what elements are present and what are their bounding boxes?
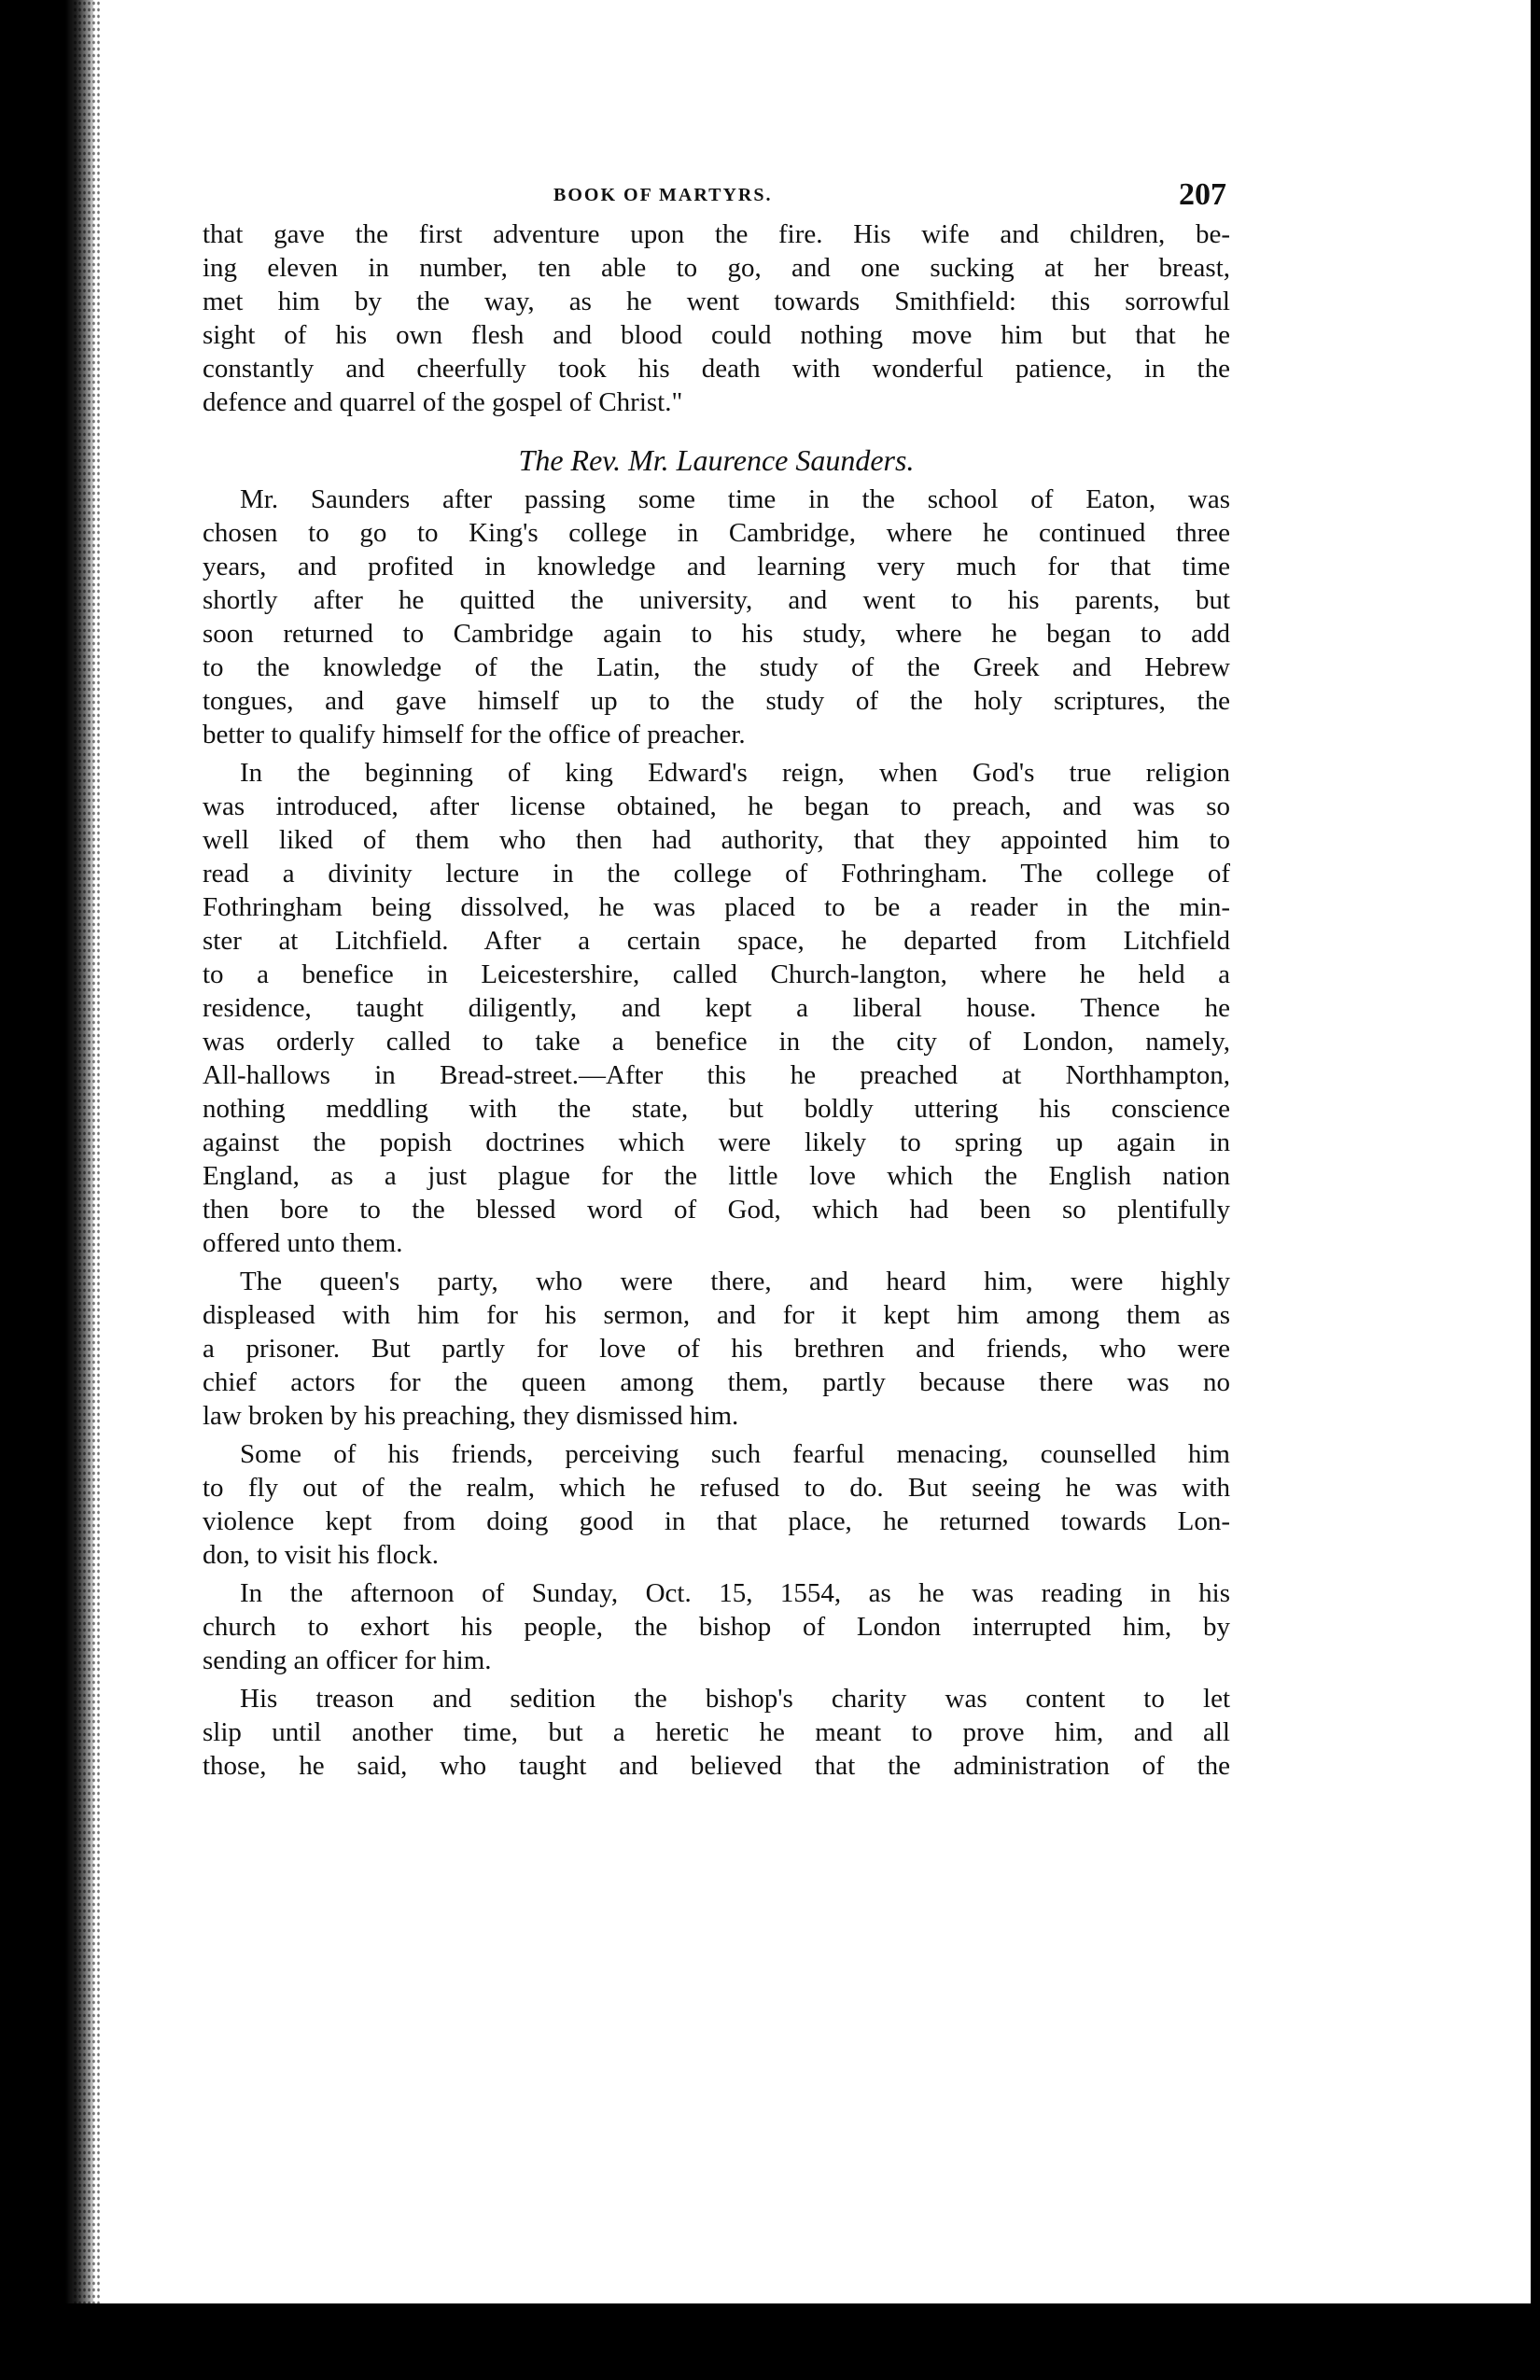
scanned-book-page: Book of Martyrs. 207 that gave the first… xyxy=(0,0,1540,2380)
text-line: The queen's party, who were there, and h… xyxy=(203,1265,1230,1298)
text-line: church to exhort his people, the bishop … xyxy=(203,1610,1230,1644)
page-number: 207 xyxy=(1179,177,1226,213)
right-page-edge xyxy=(1531,0,1540,2380)
section-heading: The Rev. Mr. Laurence Saunders. xyxy=(203,440,1230,481)
text-line: was orderly called to take a benefice in… xyxy=(203,1025,1230,1058)
text-line: then bore to the blessed word of God, wh… xyxy=(203,1193,1230,1226)
running-head: Book of Martyrs. 207 xyxy=(203,177,1230,215)
text-line: tongues, and gave himself up to the stud… xyxy=(203,684,1230,718)
text-line: Mr. Saunders after passing some time in … xyxy=(203,483,1230,516)
text-line: that gave the first adventure upon the f… xyxy=(203,217,1230,251)
paragraph-continued: that gave the first adventure upon the f… xyxy=(203,217,1230,419)
paragraph: Some of his friends, perceiving such fea… xyxy=(203,1437,1230,1572)
text-line: against the popish doctrines which were … xyxy=(203,1126,1230,1159)
text-line: residence, taught diligently, and kept a… xyxy=(203,991,1230,1025)
text-line: chosen to go to King's college in Cambri… xyxy=(203,516,1230,550)
running-title: Book of Martyrs. xyxy=(553,185,772,206)
text-line: law broken by his preaching, they dismis… xyxy=(203,1399,1230,1433)
text-line: In the afternoon of Sunday, Oct. 15, 155… xyxy=(203,1576,1230,1610)
bottom-page-edge xyxy=(0,2303,1540,2380)
text-line: read a divinity lecture in the college o… xyxy=(203,857,1230,890)
text-line: All-hallows in Bread-street.—After this … xyxy=(203,1058,1230,1092)
paragraph: Mr. Saunders after passing some time in … xyxy=(203,483,1230,751)
text-line: nothing meddling with the state, but bol… xyxy=(203,1092,1230,1126)
paragraph: His treason and sedition the bishop's ch… xyxy=(203,1682,1230,1783)
text-line: displeased with him for his sermon, and … xyxy=(203,1298,1230,1332)
text-line: a prisoner. But partly for love of his b… xyxy=(203,1332,1230,1365)
paragraph: In the beginning of king Edward's reign,… xyxy=(203,756,1230,1260)
text-line: Some of his friends, perceiving such fea… xyxy=(203,1437,1230,1471)
text-line: constantly and cheerfully took his death… xyxy=(203,352,1230,385)
text-line: In the beginning of king Edward's reign,… xyxy=(203,756,1230,790)
text-line: met him by the way, as he went towards S… xyxy=(203,285,1230,318)
text-line: violence kept from doing good in that pl… xyxy=(203,1505,1230,1538)
text-line: His treason and sedition the bishop's ch… xyxy=(203,1682,1230,1715)
text-line: Fothringham being dissolved, he was plac… xyxy=(203,890,1230,924)
text-line: better to qualify himself for the office… xyxy=(203,718,1230,751)
text-line: chief actors for the queen among them, p… xyxy=(203,1365,1230,1399)
text-line: to the knowledge of the Latin, the study… xyxy=(203,651,1230,684)
text-line: well liked of them who then had authorit… xyxy=(203,823,1230,857)
text-line: defence and quarrel of the gospel of Chr… xyxy=(203,385,1230,419)
text-line: shortly after he quitted the university,… xyxy=(203,583,1230,617)
text-line: ing eleven in number, ten able to go, an… xyxy=(203,251,1230,285)
text-line: offered unto them. xyxy=(203,1226,1230,1260)
text-line: ster at Litchfield. After a certain spac… xyxy=(203,924,1230,958)
text-line: slip until another time, but a heretic h… xyxy=(203,1715,1230,1749)
text-line: soon returned to Cambridge again to his … xyxy=(203,617,1230,651)
text-line: don, to visit his flock. xyxy=(203,1538,1230,1572)
paragraph: In the afternoon of Sunday, Oct. 15, 155… xyxy=(203,1576,1230,1677)
binding-speckle xyxy=(73,0,101,2305)
text-line: years, and profited in knowledge and lea… xyxy=(203,550,1230,583)
body-text: that gave the first adventure upon the f… xyxy=(203,217,1230,1787)
text-line: to a benefice in Leicestershire, called … xyxy=(203,958,1230,991)
paragraph: The queen's party, who were there, and h… xyxy=(203,1265,1230,1433)
text-line: was introduced, after license obtained, … xyxy=(203,790,1230,823)
text-line: those, he said, who taught and believed … xyxy=(203,1749,1230,1783)
text-line: to fly out of the realm, which he refuse… xyxy=(203,1471,1230,1505)
text-line: sending an officer for him. xyxy=(203,1644,1230,1677)
text-line: England, as a just plague for the little… xyxy=(203,1159,1230,1193)
text-line: sight of his own flesh and blood could n… xyxy=(203,318,1230,352)
